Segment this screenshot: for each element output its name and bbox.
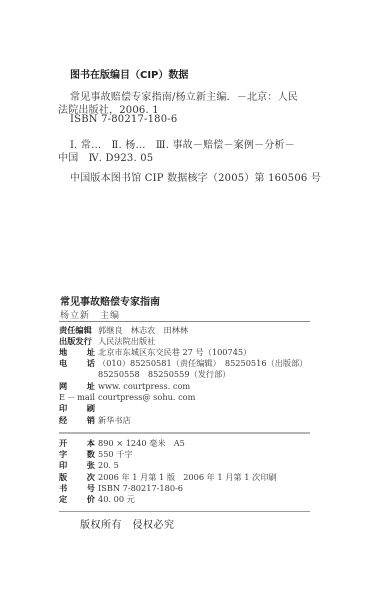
book-title: 常见事故赔偿专家指南 [60, 293, 160, 308]
info-value: 85250558 85250559（发行部） [98, 369, 230, 380]
spec-label: 定价 [59, 494, 95, 505]
cip-record-number: 中国版本图书馆 CIP 数据核字（2005）第 160506 号 [70, 169, 321, 184]
info-label: 出版发行 [59, 336, 95, 347]
cip-isbn: ISBN 7-80217-180-6 [70, 114, 177, 125]
spec-label: 印张 [59, 460, 95, 471]
info-label: 责任编辑 [59, 325, 95, 336]
spec-value: 20. 5 [98, 460, 119, 471]
info-row-printer: 印刷 [59, 403, 319, 414]
divider-top [59, 321, 310, 322]
spec-row-price: 定价 40. 00 元 [59, 494, 319, 505]
info-value: courtpress@ sohu. com [98, 392, 195, 403]
spec-row-sheets: 印张 20. 5 [59, 460, 319, 471]
spec-row-format: 开本 890 × 1240 毫米 A5 [59, 438, 319, 449]
info-row-address: 地址 北京市东城区东交民巷 27 号（100745） [59, 347, 319, 358]
info-value: www. courtpress. com [98, 381, 190, 392]
info-label: E－mail [59, 392, 95, 403]
info-label: 经销 [59, 415, 95, 426]
info-value: 新华书店 [98, 415, 131, 426]
copyright-notice: 版权所有 侵权必究 [80, 516, 175, 531]
spec-label: 字数 [59, 449, 95, 460]
cip-classification-cont: 中国 Ⅳ. D923. 05 [58, 149, 153, 164]
info-row-phone-cont: 85250558 85250559（发行部） [59, 369, 319, 380]
info-row-phone: 电话 （010）85250581（责任编辑） 85250516（出版部） [59, 358, 319, 369]
spec-row-word-count: 字数 550 千字 [59, 449, 319, 460]
info-value: 人民法院出版社 [98, 336, 155, 347]
spec-row-edition: 版次 2006 年 1 月第 1 版 2006 年 1 月第 1 次印刷 [59, 472, 319, 483]
info-label: 网址 [59, 381, 95, 392]
spec-label: 开本 [59, 438, 95, 449]
spec-row-isbn: 书号 ISBN 7-80217-180-6 [59, 483, 319, 494]
spec-value: 890 × 1240 毫米 A5 [98, 438, 185, 449]
spec-label: 版次 [59, 472, 95, 483]
book-author: 杨立新 主编 [60, 308, 120, 321]
spec-value: ISBN 7-80217-180-6 [98, 483, 183, 494]
divider-middle [59, 432, 310, 434]
info-value: 北京市东城区东交民巷 27 号（100745） [98, 347, 251, 358]
cip-heading: 图书在版编目（CIP）数据 [70, 66, 188, 81]
info-row-email: E－mail courtpress@ sohu. com [59, 392, 319, 403]
info-value: （010）85250581（责任编辑） 85250516（出版部） [98, 358, 308, 369]
info-row-website: 网址 www. courtpress. com [59, 381, 319, 392]
spec-value: 550 千字 [98, 449, 133, 460]
divider-bottom [59, 511, 310, 512]
spec-value: 40. 00 元 [98, 494, 135, 505]
info-label: 印刷 [59, 403, 95, 414]
info-value: 郭继良 林志农 田林林 [98, 325, 188, 336]
spec-value: 2006 年 1 月第 1 版 2006 年 1 月第 1 次印刷 [98, 472, 277, 483]
info-row-editors: 责任编辑 郭继良 林志农 田林林 [59, 325, 319, 336]
spec-label: 书号 [59, 483, 95, 494]
info-label: 地址 [59, 347, 95, 358]
info-row-publisher: 出版发行 人民法院出版社 [59, 336, 319, 347]
info-row-distributor: 经销 新华书店 [59, 415, 319, 426]
info-label: 电话 [59, 358, 95, 369]
